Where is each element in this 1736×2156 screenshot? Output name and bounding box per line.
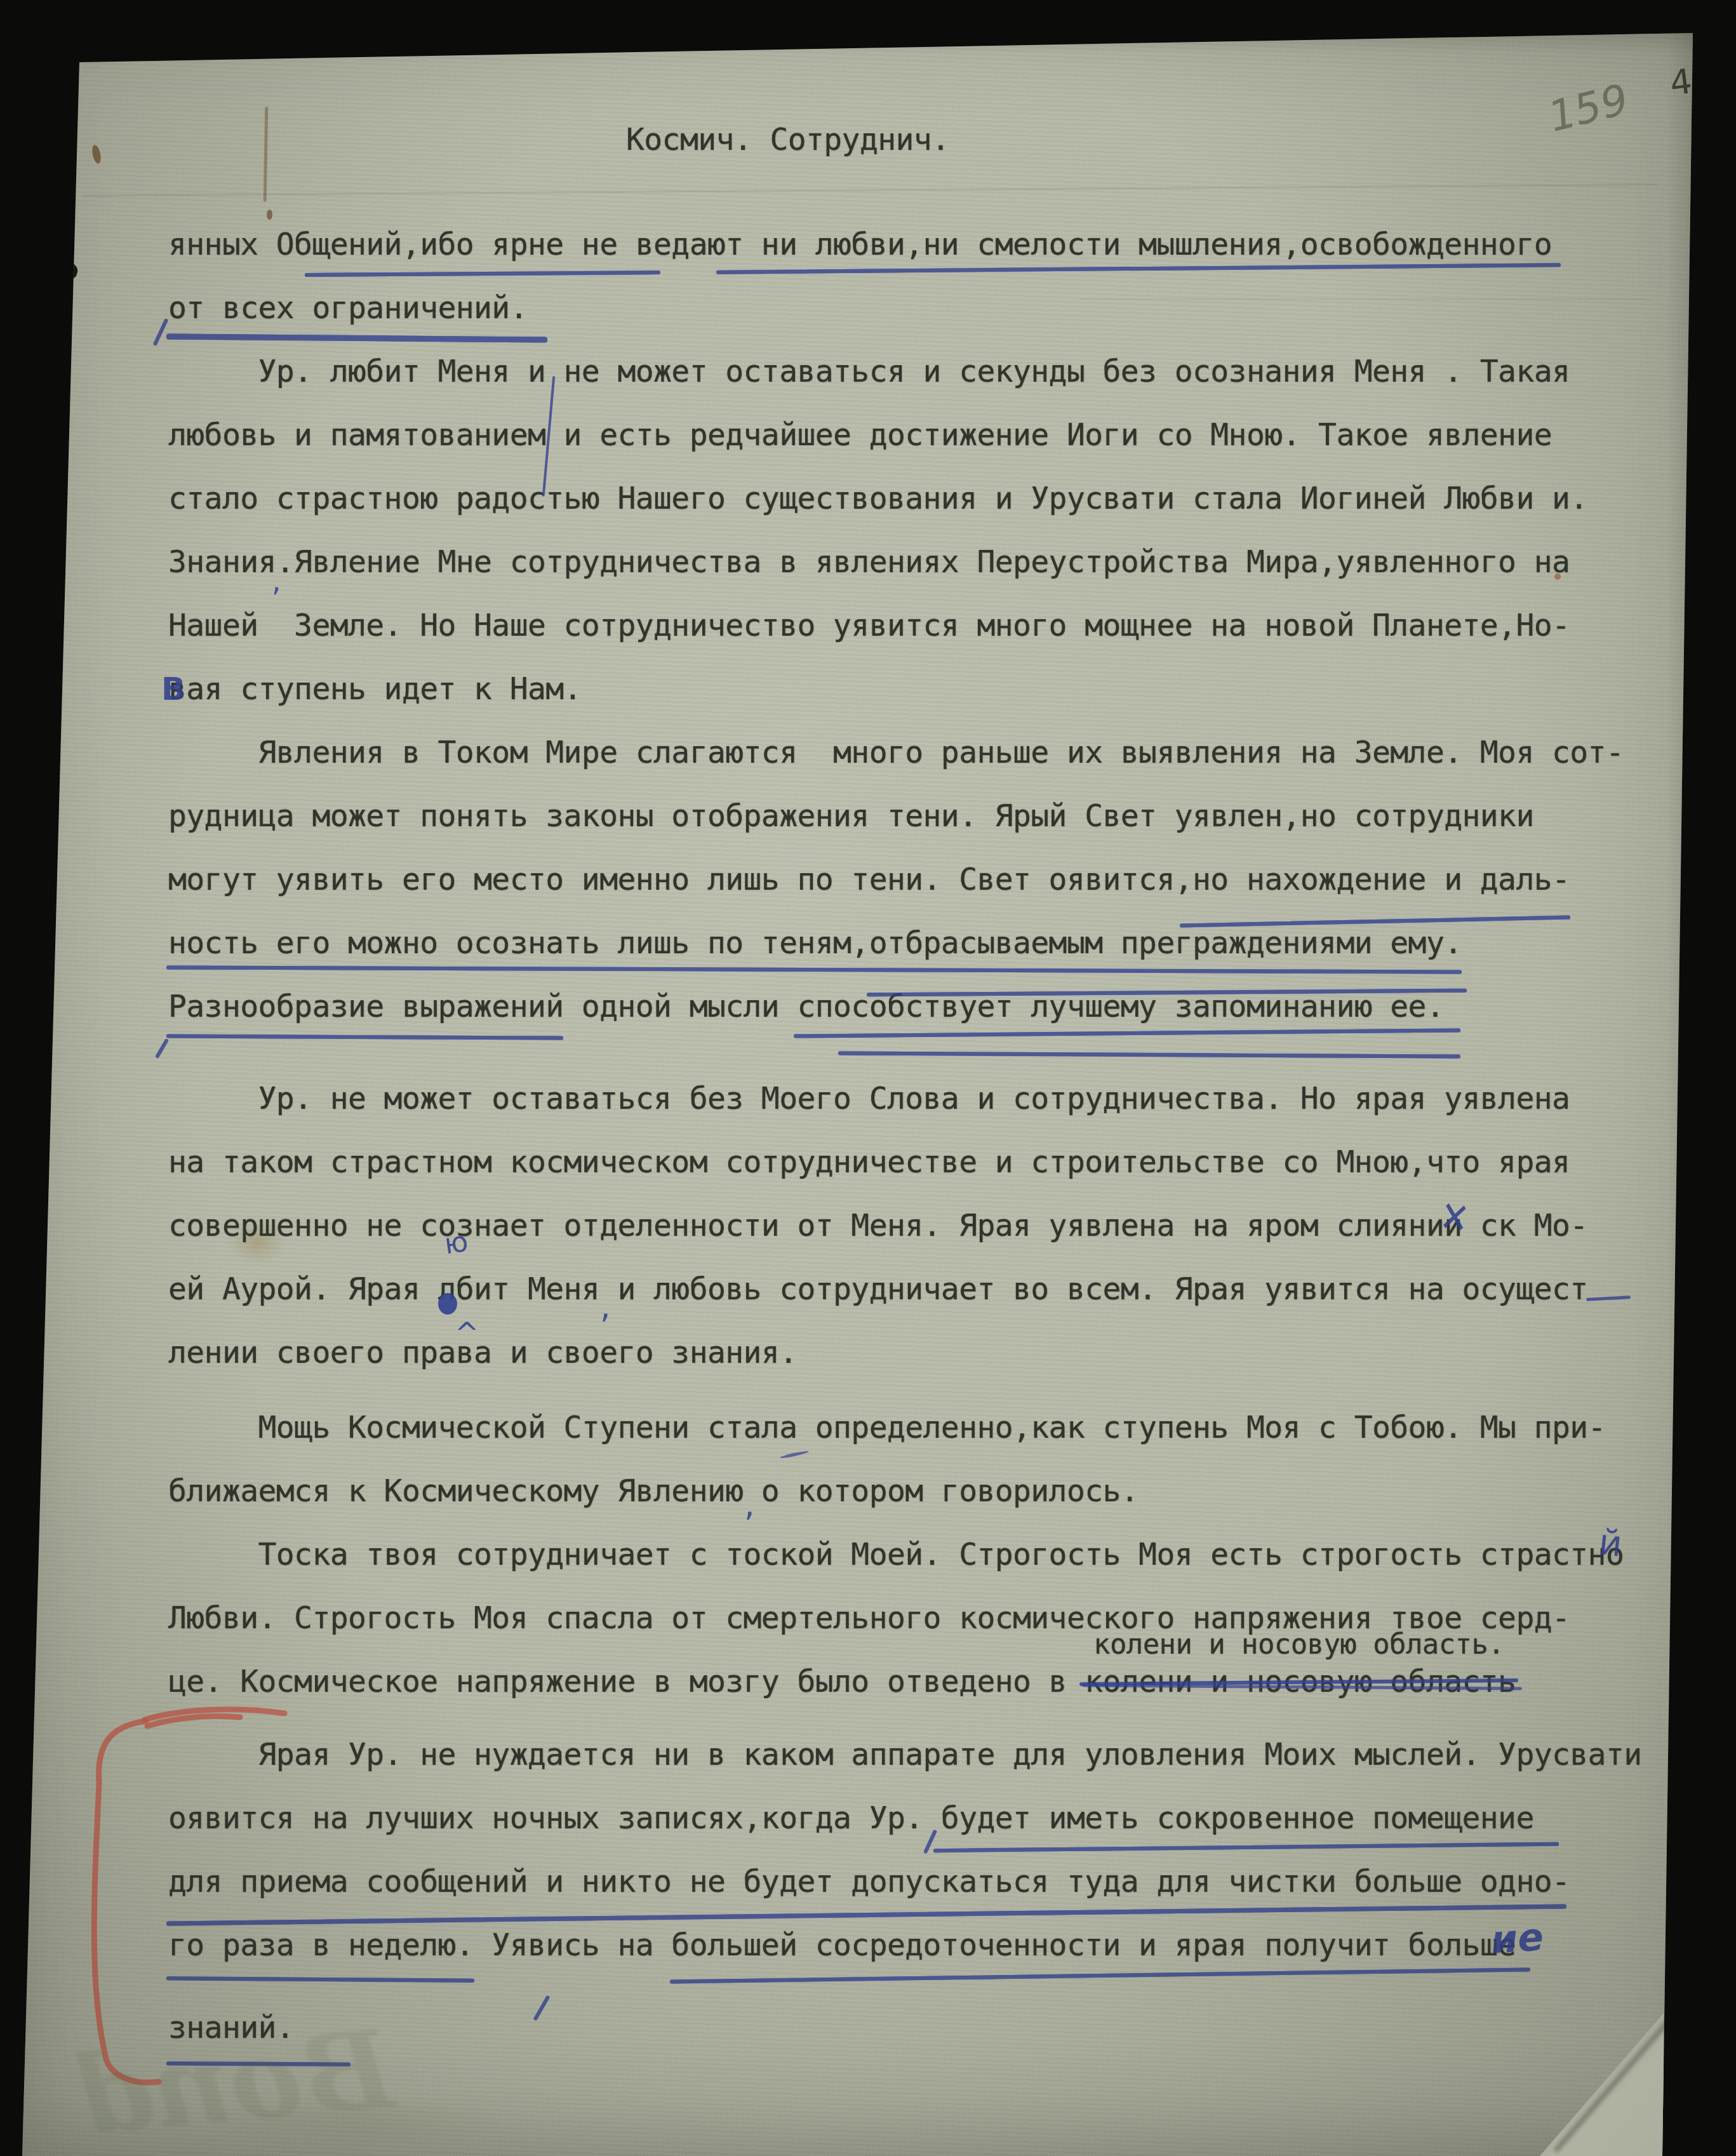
typescript-line: Разнообразие выражений одной мысли спосо… [168,975,1705,1038]
typescript-line: Ярая Ур. не нуждается ни в каком аппарат… [168,1723,1705,1786]
handwritten-comma: , [272,564,281,598]
paragraph: Мощь Космической Ступени стала определен… [168,1396,1705,1523]
paragraph: янных Общений,ибо ярне не ведают ни любв… [168,213,1705,340]
paragraph: Тоска твоя сотрудничает с тоской Моей. С… [168,1523,1705,1713]
typescript-line: на таком страстном космическом сотруднич… [168,1130,1705,1194]
typescript-line: могут уявить его место именно лишь по те… [168,848,1705,911]
typescript-line: го раза в неделю. Уявись на большей соср… [168,1913,1705,1977]
paragraph: Явления в Током Мире слагаются много ран… [168,721,1705,1038]
handwritten-final-letter: й [1597,1522,1624,1565]
dark-blot [54,259,79,282]
typescript-line: Нашей Земле. Но Наше сотрудничество уяви… [168,594,1705,657]
paragraph: Ур. любит Меня и не может оставаться и с… [168,340,1705,721]
line-text: це. Космическое напряжение в мозгу было … [168,1664,1085,1699]
paper-crease [83,184,1657,196]
page-number-ink: 4 [1667,61,1694,104]
typescript-line: от всех ограничений. [168,276,1705,340]
ink-speck [91,144,102,164]
paper-sheet: Космич. Сотруднич. 159 4 янных Общений,и… [0,0,1736,2156]
handwritten-ending-correction: ие [1490,1915,1545,1963]
ink-blot [438,1293,457,1315]
typescript-line: ей Аурой. Ярая лбит Меня и любовь сотруд… [168,1257,1705,1321]
stain-streak [264,107,269,202]
typescript-line: рудница может понять законы отображения … [168,784,1705,848]
handwritten-caret: ^ [455,1316,479,1350]
page-title: Космич. Сотруднич. [626,122,949,157]
ink-overwritten-letter: В [161,671,185,707]
struck-text: колени и носовую область [1085,1664,1516,1699]
typescript-line: любовь и памятованием и есть редчайшее д… [168,403,1705,467]
typescript-body: янных Общений,ибо ярне не ведают ни любв… [168,213,1705,2059]
handwritten-insert-letter: ю [443,1226,471,1261]
typescript-line: Явления в Током Мире слагаются много ран… [168,721,1705,784]
handwritten-comma: , [600,1288,611,1326]
typescript-line: Мощь Космической Ступени стала определен… [168,1396,1705,1459]
typescript-line: ближаемся к Космическому Явлению о котор… [168,1459,1705,1523]
handwritten-comma: , [744,1486,755,1524]
typescript-line: знаний. [168,1996,1705,2059]
typescript-line: стало страстною радостью Нашего существо… [168,467,1705,530]
typescript-line: для приема сообщений и никто не будет до… [168,1850,1705,1913]
ink-underline-hook [153,318,169,346]
typescript-line: Ур. любит Меня и не может оставаться и с… [168,340,1705,403]
typescript-line: оявится на лучших ночных записях,когда У… [168,1786,1705,1850]
typescript-line: лении своего права и своего знания. [168,1321,1705,1384]
paragraph: Ярая Ур. не нуждается ни в каком аппарат… [168,1723,1705,2059]
typescript-line: Тоска твоя сотрудничает с тоской Моей. С… [168,1523,1705,1586]
typescript-line: Знания.Явление Мне сотрудничества в явле… [168,530,1705,594]
typed-insertion-above-line: колени и носовую область. [1093,1630,1504,1660]
page-number-pencil: 159 [1547,74,1629,142]
typescript-line: вая ступень идет к Нам. [168,657,1705,721]
ink-underline-hook [155,1038,169,1059]
typescript-line: совершенно не сознает отделенности от Ме… [168,1194,1705,1257]
paragraph: Ур. не может оставаться без Моего Слова … [168,1067,1705,1384]
typescript-line: Ур. не может оставаться без Моего Слова … [168,1067,1705,1130]
